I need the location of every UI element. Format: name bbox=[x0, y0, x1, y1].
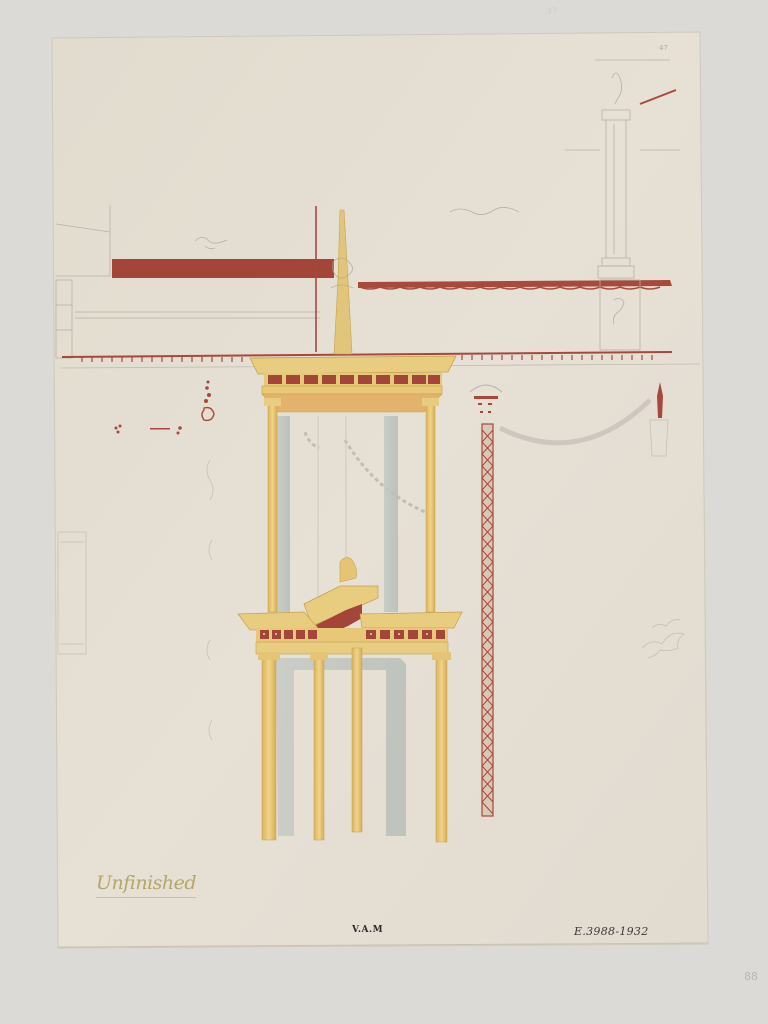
museum-stamp: V.A.M bbox=[352, 925, 383, 935]
top-mark: 37 bbox=[546, 7, 557, 17]
accession-number: E.3988-1932 bbox=[574, 925, 649, 938]
paper-sheet bbox=[52, 32, 708, 948]
watercolour-drawing bbox=[0, 0, 768, 1024]
corner-mark: 47 bbox=[659, 44, 668, 52]
handwritten-note: Unfinished bbox=[96, 872, 196, 898]
artwork-scan bbox=[0, 0, 768, 1024]
mount-number: 88 bbox=[744, 970, 758, 983]
